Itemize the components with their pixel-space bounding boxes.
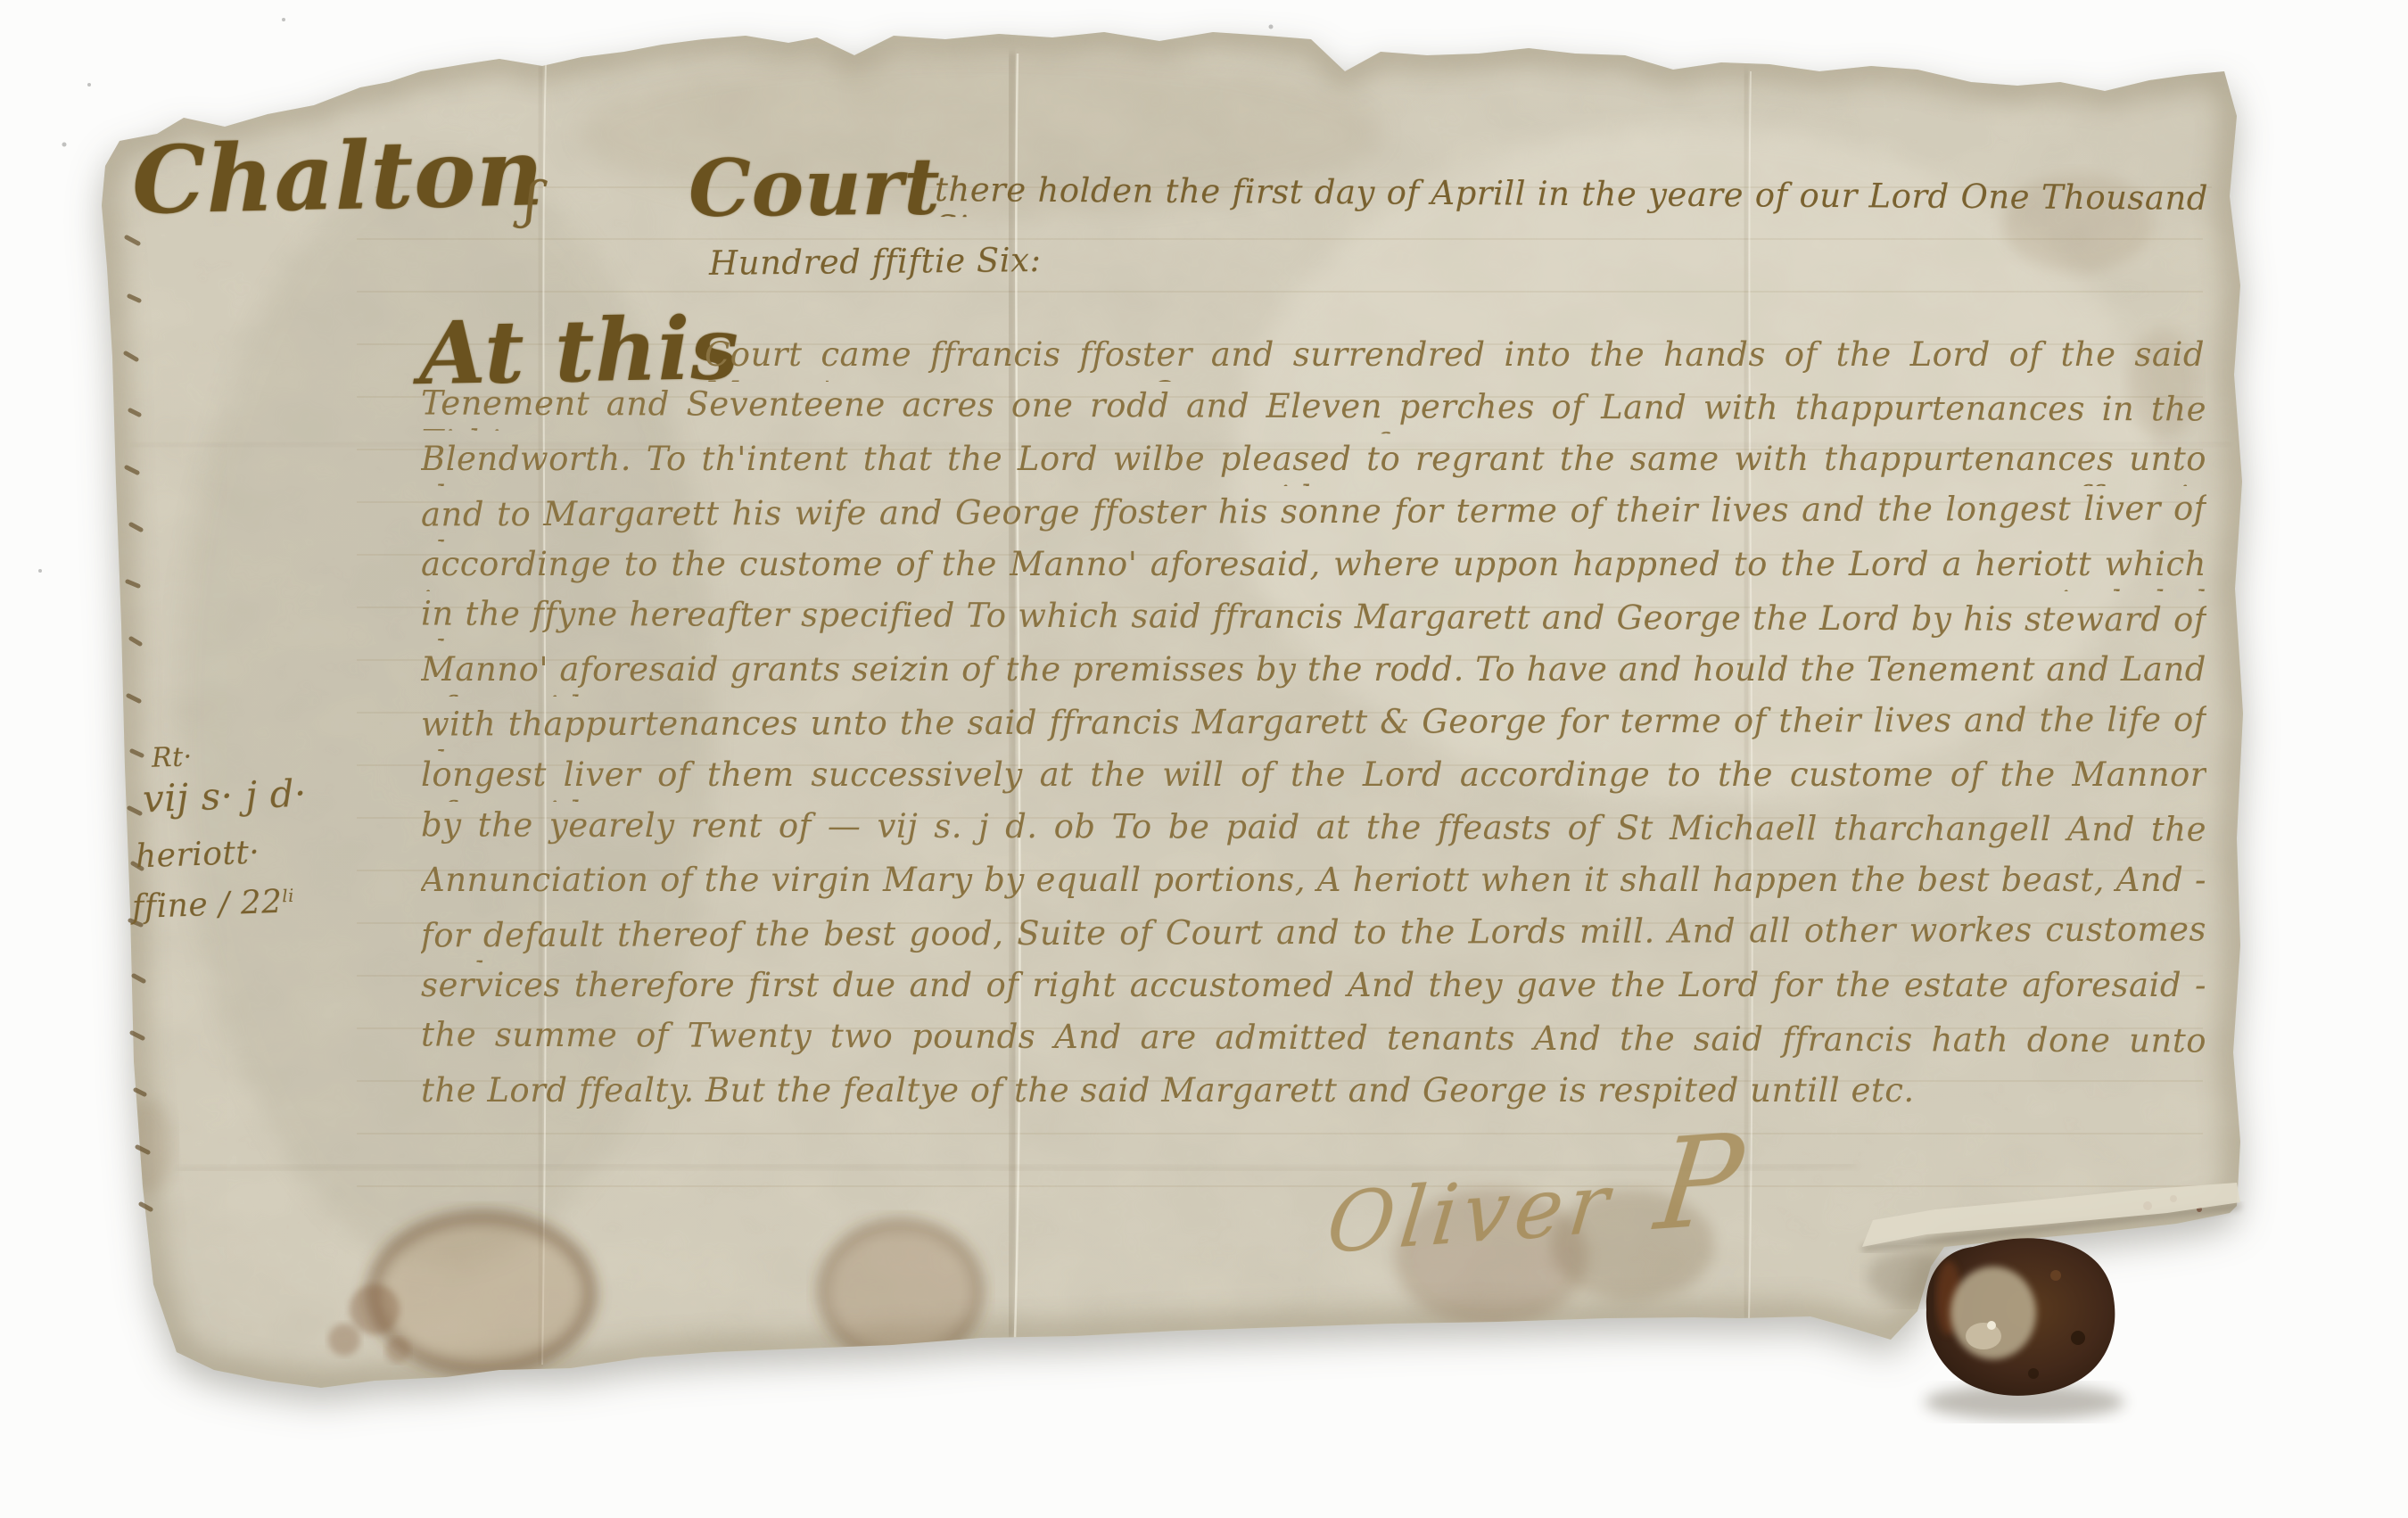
parchment-artwork: [0, 0, 2408, 1518]
photo-background: Chalton ʃ Court there holden the first d…: [0, 0, 2408, 1518]
wax-seal: [1925, 1238, 2124, 1420]
